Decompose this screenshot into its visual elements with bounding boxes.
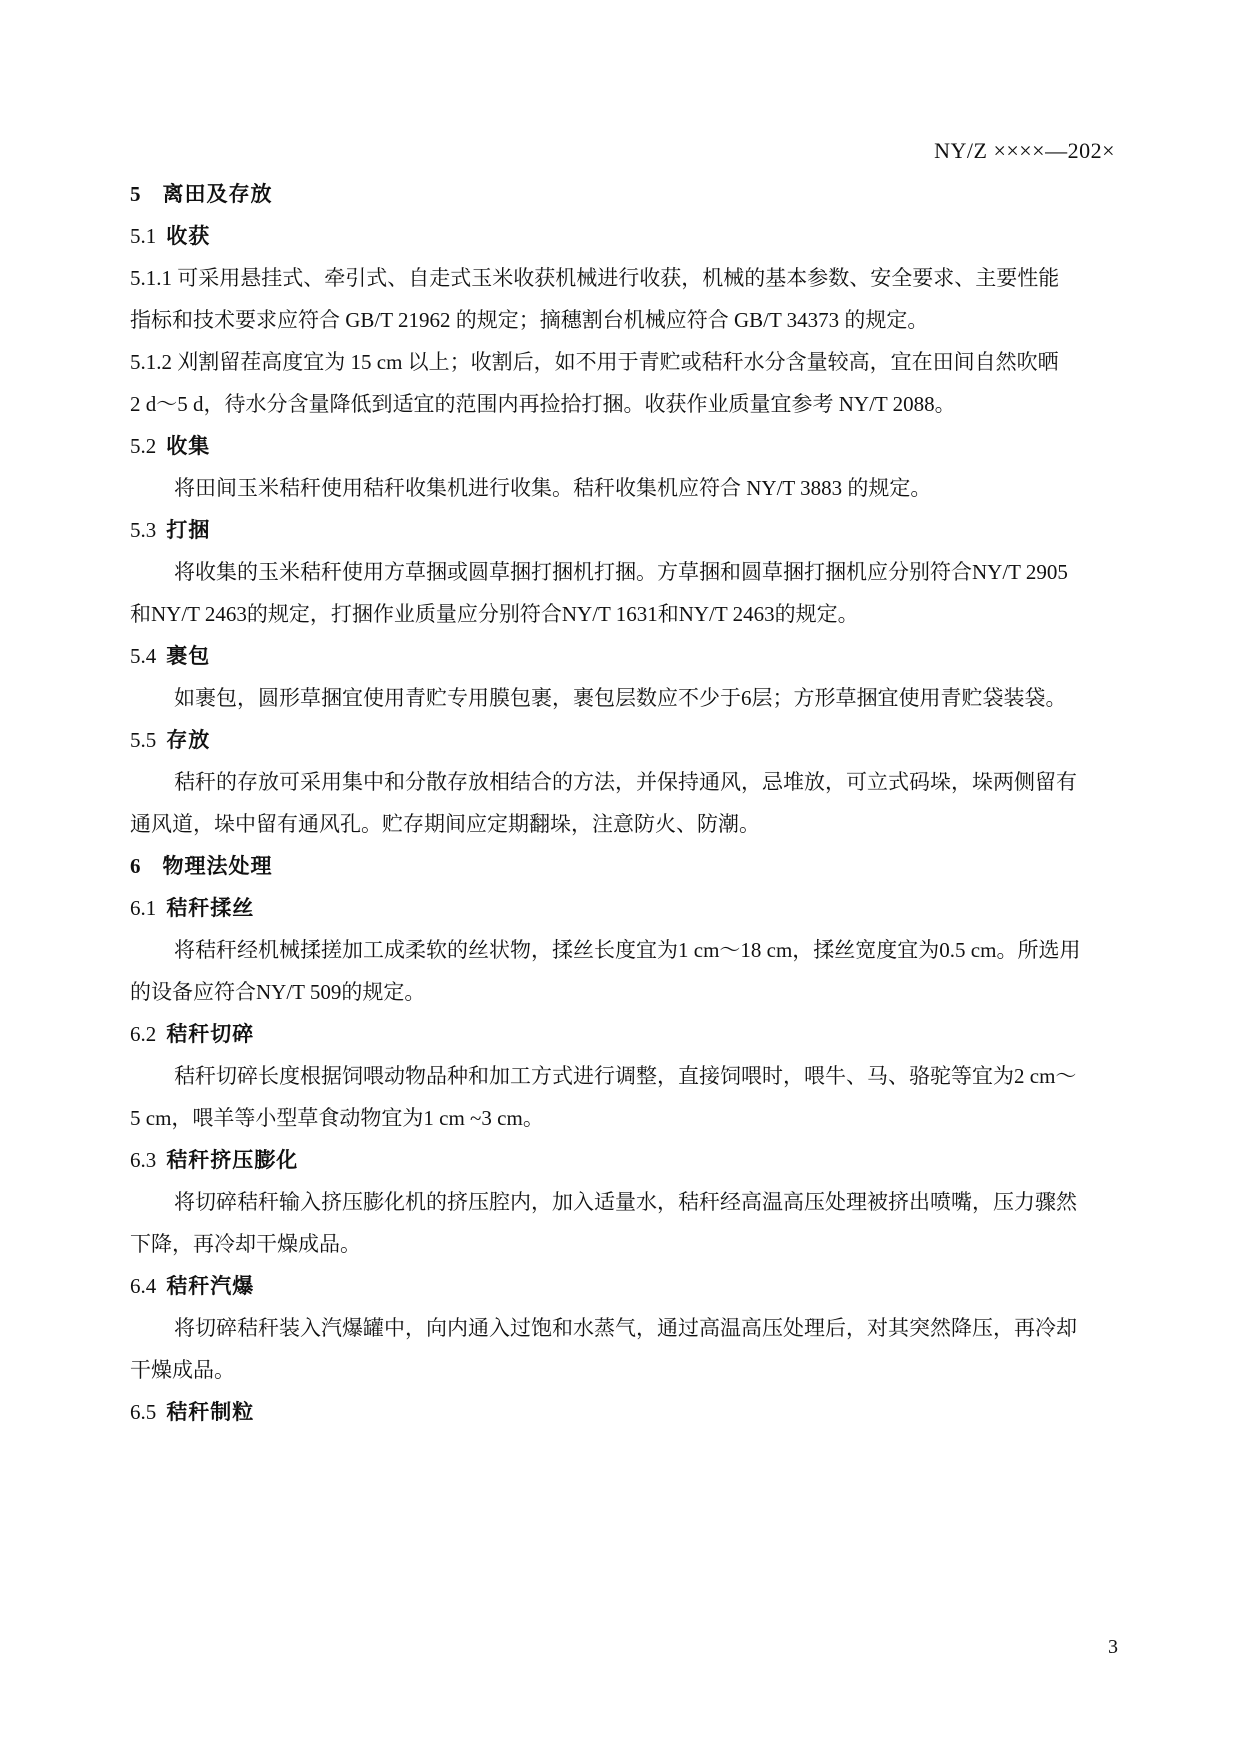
section-number: 5.3 [130,518,156,542]
paragraph-line: 的设备应符合NY/T 509的规定。 [130,980,1115,1005]
section-title: 秸秆揉丝 [166,897,254,920]
section-title: 秸秆切碎 [166,1023,254,1046]
section-heading-5-4: 5.4裹包 [130,644,1115,669]
page-number: 3 [1108,1636,1118,1659]
section-number: 6.4 [130,1274,156,1298]
paragraph-line: 5.1.1 可采用悬挂式、牵引式、自走式玉米收获机械进行收获，机械的基本参数、安… [130,266,1115,291]
section-title: 秸秆汽爆 [166,1275,254,1298]
standard-code-header: NY/Z ××××—202× [130,138,1115,164]
section-number: 6.5 [130,1400,156,1424]
section-title: 打捆 [166,519,210,542]
section-heading-6: 6物理法处理 [130,854,1115,879]
section-number: 6 [130,854,141,878]
document-page: NY/Z ××××—202× 5离田及存放 5.1收获 5.1.1 可采用悬挂式… [0,0,1240,1754]
section-heading-6-1: 6.1秸秆揉丝 [130,896,1115,921]
section-heading-5-3: 5.3打捆 [130,518,1115,543]
section-number: 6.1 [130,896,156,920]
section-number: 6.2 [130,1022,156,1046]
section-title: 秸秆制粒 [166,1401,254,1424]
paragraph-line: 指标和技术要求应符合 GB/T 21962 的规定；摘穗割台机械应符合 GB/T… [130,308,1115,333]
section-heading-5-5: 5.5存放 [130,728,1115,753]
paragraph-line: 将田间玉米秸秆使用秸秆收集机进行收集。秸秆收集机应符合 NY/T 3883 的规… [130,476,1115,501]
paragraph-line: 秸秆的存放可采用集中和分散存放相结合的方法，并保持通风，忌堆放，可立式码垛，垛两… [130,770,1115,795]
paragraph-line: 将秸秆经机械揉搓加工成柔软的丝状物，揉丝长度宜为1 cm～18 cm，揉丝宽度宜… [130,938,1115,963]
section-number: 5.5 [130,728,156,752]
paragraph-line: 将切碎秸秆装入汽爆罐中，向内通入过饱和水蒸气，通过高温高压处理后，对其突然降压，… [130,1316,1115,1341]
paragraph-line: 2 d～5 d，待水分含量降低到适宜的范围内再捡拾打捆。收获作业质量宜参考 NY… [130,392,1115,417]
section-heading-6-4: 6.4秸秆汽爆 [130,1274,1115,1299]
section-number: 5 [130,182,141,206]
section-title: 存放 [166,729,210,752]
section-number: 6.3 [130,1148,156,1172]
section-number: 5.2 [130,434,156,458]
section-title: 收集 [166,435,210,458]
section-number: 5.1 [130,224,156,248]
section-heading-5-1: 5.1收获 [130,224,1115,249]
section-title: 收获 [166,225,210,248]
paragraph-line: 将收集的玉米秸秆使用方草捆或圆草捆打捆机打捆。方草捆和圆草捆打捆机应分别符合NY… [130,560,1115,585]
paragraph-line: 干燥成品。 [130,1358,1115,1383]
paragraph-line: 将切碎秸秆输入挤压膨化机的挤压腔内，加入适量水，秸秆经高温高压处理被挤出喷嘴，压… [130,1190,1115,1215]
section-heading-6-5: 6.5秸秆制粒 [130,1400,1115,1425]
section-title: 离田及存放 [163,183,273,206]
section-title: 裹包 [166,645,210,668]
section-heading-6-3: 6.3秸秆挤压膨化 [130,1148,1115,1173]
section-heading-5-2: 5.2收集 [130,434,1115,459]
section-heading-5: 5离田及存放 [130,182,1115,207]
section-heading-6-2: 6.2秸秆切碎 [130,1022,1115,1047]
document-content: NY/Z ××××—202× 5离田及存放 5.1收获 5.1.1 可采用悬挂式… [130,138,1115,1442]
paragraph-line: 5.1.2 刈割留茬高度宜为 15 cm 以上；收割后，如不用于青贮或秸秆水分含… [130,350,1115,375]
paragraph-line: 和NY/T 2463的规定，打捆作业质量应分别符合NY/T 1631和NY/T … [130,602,1115,627]
paragraph-line: 如裹包，圆形草捆宜使用青贮专用膜包裹，裹包层数应不少于6层；方形草捆宜使用青贮袋… [130,686,1115,711]
section-number: 5.4 [130,644,156,668]
paragraph-line: 通风道，垛中留有通风孔。贮存期间应定期翻垛，注意防火、防潮。 [130,812,1115,837]
section-title: 物理法处理 [163,855,273,878]
paragraph-line: 下降，再冷却干燥成品。 [130,1232,1115,1257]
section-title: 秸秆挤压膨化 [166,1149,298,1172]
paragraph-line: 秸秆切碎长度根据饲喂动物品种和加工方式进行调整，直接饲喂时，喂牛、马、骆驼等宜为… [130,1064,1115,1089]
paragraph-line: 5 cm，喂羊等小型草食动物宜为1 cm ~3 cm。 [130,1106,1115,1131]
